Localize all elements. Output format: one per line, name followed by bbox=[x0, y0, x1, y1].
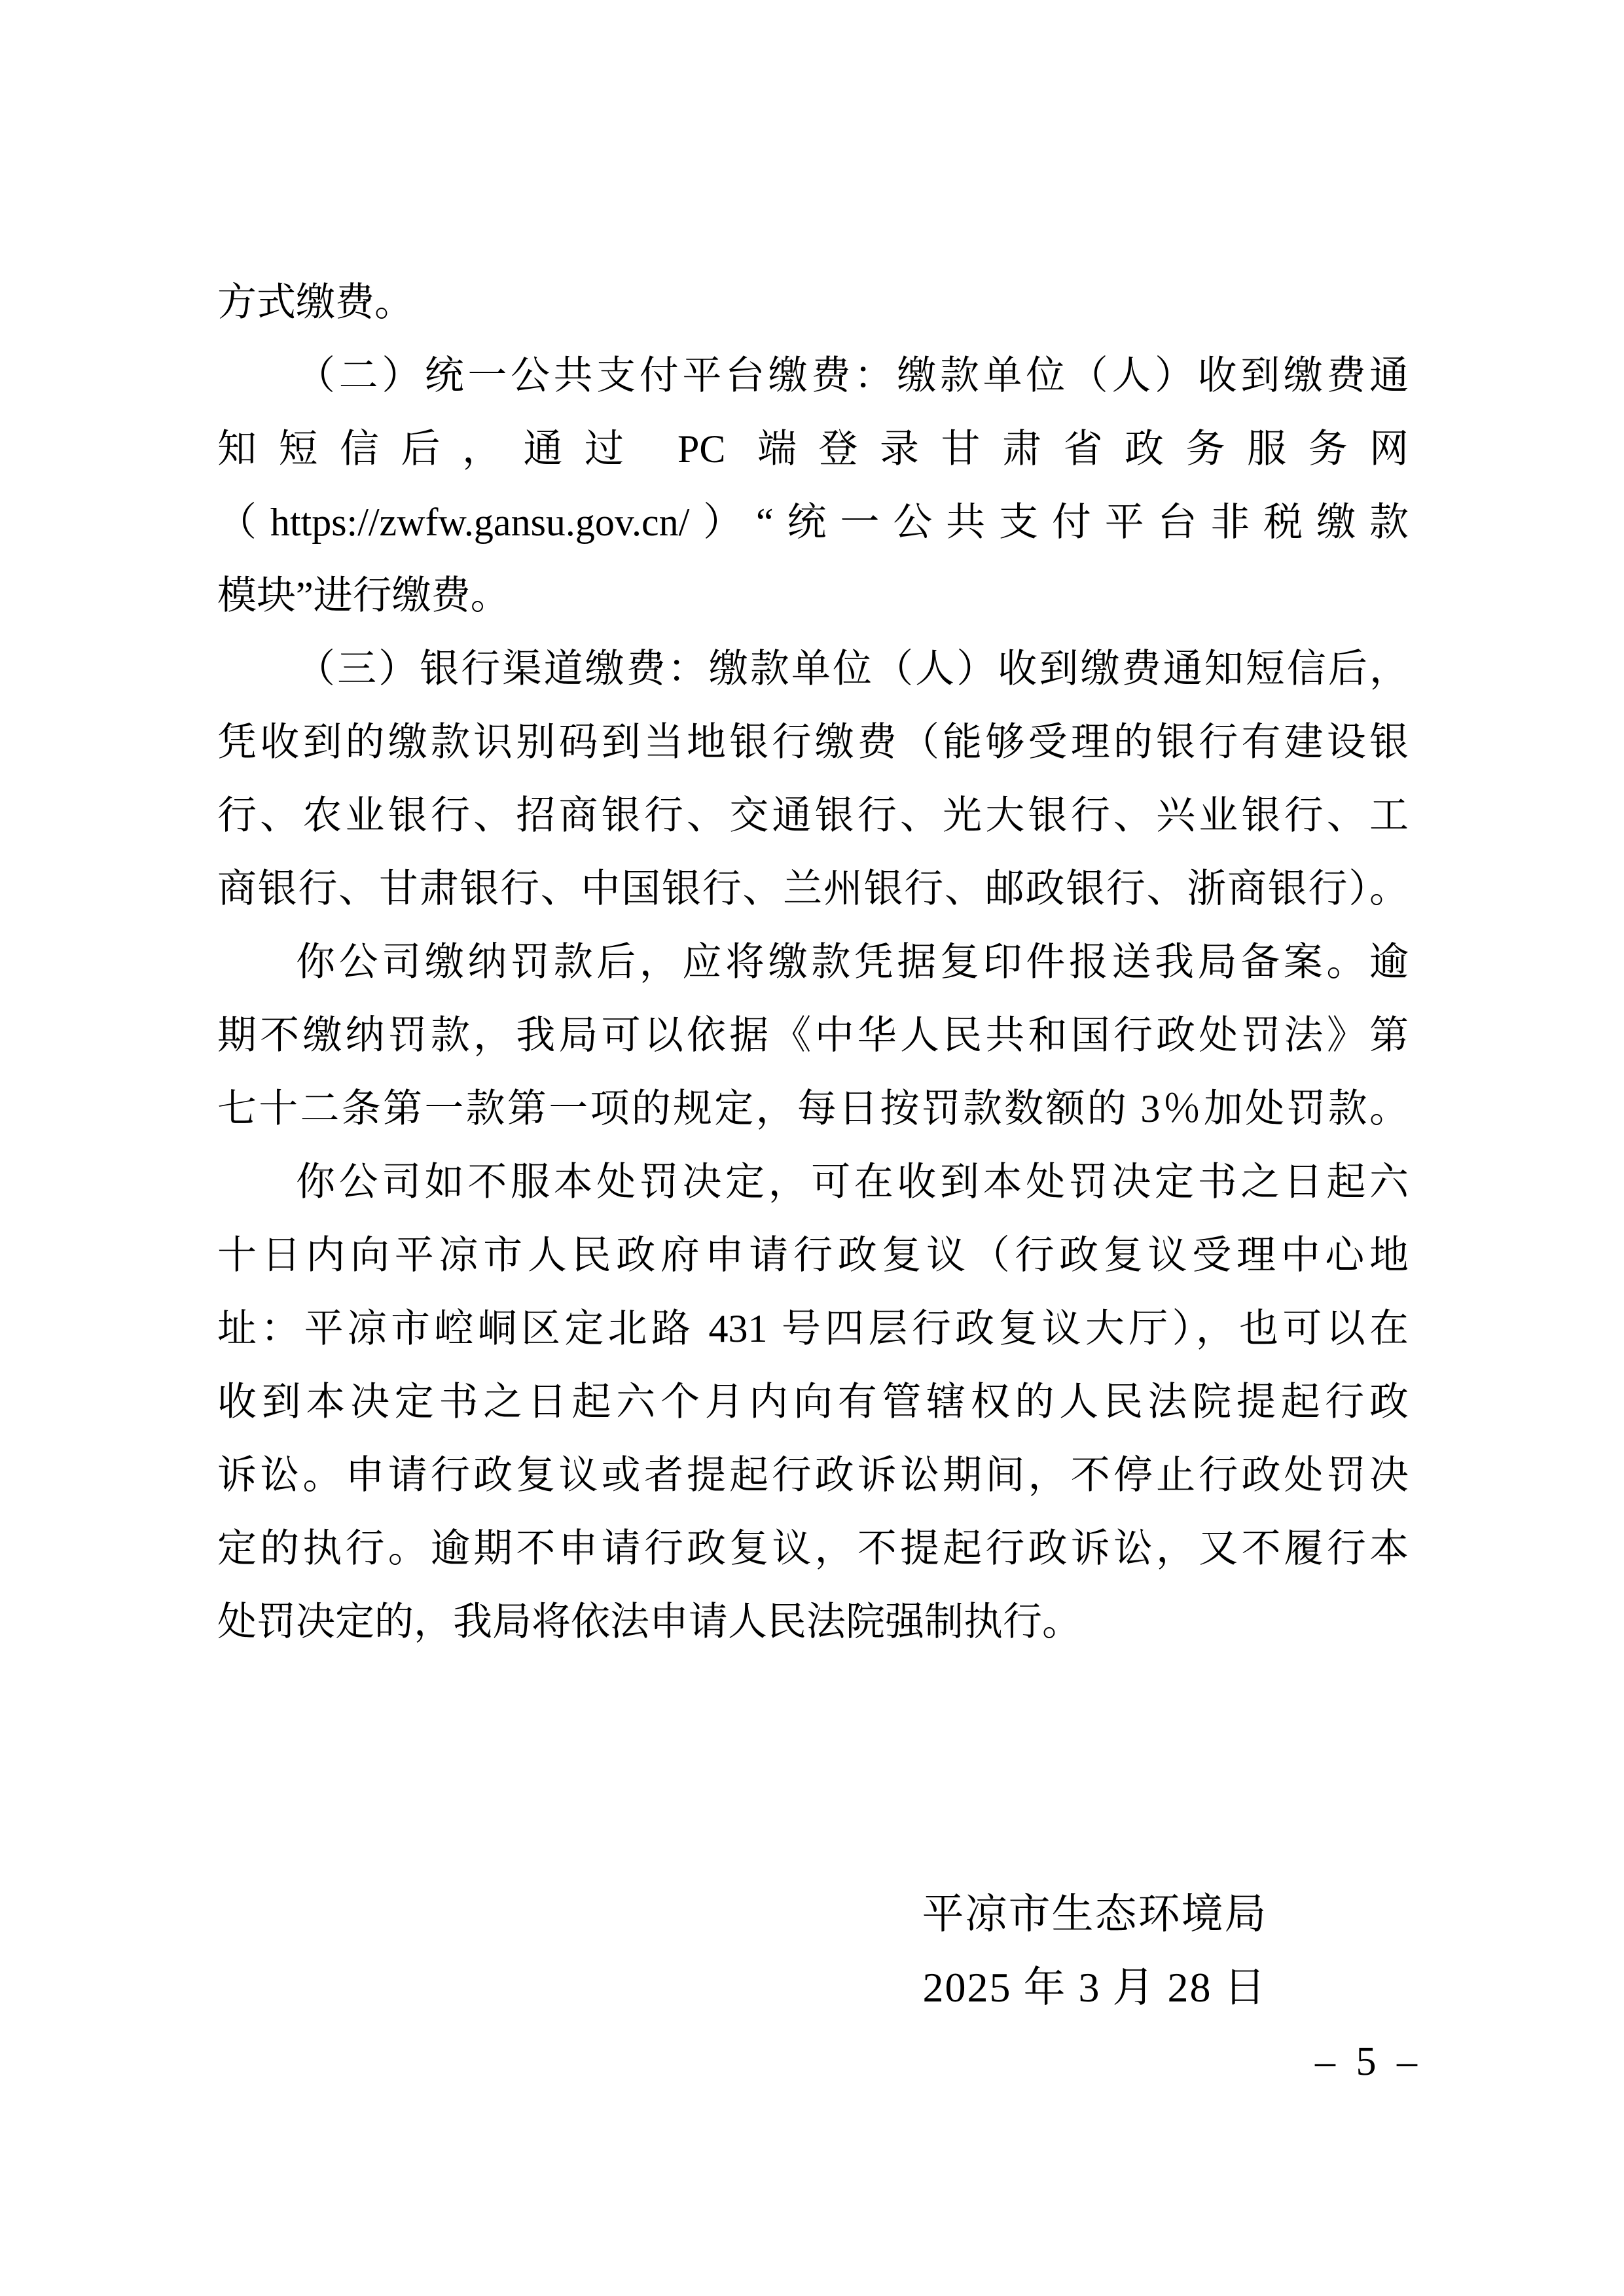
text-line: 方式缴费。 bbox=[217, 266, 1409, 339]
text-line: 你公司如不服本处罚决定，可在收到本处罚决定书之日起六 bbox=[217, 1145, 1409, 1219]
text-line: （二）统一公共支付平台缴费：缴款单位（人）收到缴费通 bbox=[217, 339, 1409, 412]
text-line: 收到本决定书之日起六个月内向有管辖权的人民法院提起行政 bbox=[217, 1365, 1409, 1439]
text-line: 模块”进行缴费。 bbox=[217, 559, 1409, 632]
text-line: 期不缴纳罚款，我局可以依据《中华人民共和国行政处罚法》第 bbox=[217, 999, 1409, 1072]
text-line: 商银行、甘肃银行、中国银行、兰州银行、邮政银行、浙商银行）。 bbox=[217, 852, 1409, 925]
text-line: 七十二条第一款第一项的规定，每日按罚款数额的 3％加处罚款。 bbox=[217, 1072, 1409, 1145]
text-line: 十日内向平凉市人民政府申请行政复议（行政复议受理中心地 bbox=[217, 1219, 1409, 1292]
text-line: （https://zwfw.gansu.gov.cn/）“统一公共支付平台非税缴… bbox=[217, 486, 1409, 559]
page-number: – 5 – bbox=[1315, 2041, 1422, 2082]
text-line: 诉讼。申请行政复议或者提起行政诉讼期间，不停止行政处罚决 bbox=[217, 1439, 1409, 1512]
text-line: 定的执行。逾期不申请行政复议，不提起行政诉讼，又不履行本 bbox=[217, 1512, 1409, 1585]
document-body: 方式缴费。（二）统一公共支付平台缴费：缴款单位（人）收到缴费通知短信后，通过 P… bbox=[217, 266, 1409, 1659]
text-line: 知短信后，通过 PC 端登录甘肃省政务服务网 bbox=[217, 412, 1409, 486]
text-line: 你公司缴纳罚款后，应将缴款凭据复印件报送我局备案。逾 bbox=[217, 925, 1409, 999]
text-line: （三）银行渠道缴费：缴款单位（人）收到缴费通知短信后， bbox=[217, 632, 1409, 706]
document-page: 方式缴费。（二）统一公共支付平台缴费：缴款单位（人）收到缴费通知短信后，通过 P… bbox=[0, 0, 1624, 2296]
text-line: 址：平凉市崆峒区定北路 431 号四层行政复议大厅），也可以在 bbox=[217, 1292, 1409, 1365]
text-line: 行、农业银行、招商银行、交通银行、光大银行、兴业银行、工 bbox=[217, 779, 1409, 852]
issuing-authority: 平凉市生态环境局 bbox=[283, 1878, 1624, 1951]
text-line: 处罚决定的，我局将依法申请人民法院强制执行。 bbox=[217, 1585, 1409, 1659]
signature-block: 平凉市生态环境局 2025 年 3 月 28 日 bbox=[283, 1878, 1624, 2024]
issue-date: 2025 年 3 月 28 日 bbox=[283, 1951, 1624, 2024]
text-line: 凭收到的缴款识别码到当地银行缴费（能够受理的银行有建设银 bbox=[217, 706, 1409, 779]
